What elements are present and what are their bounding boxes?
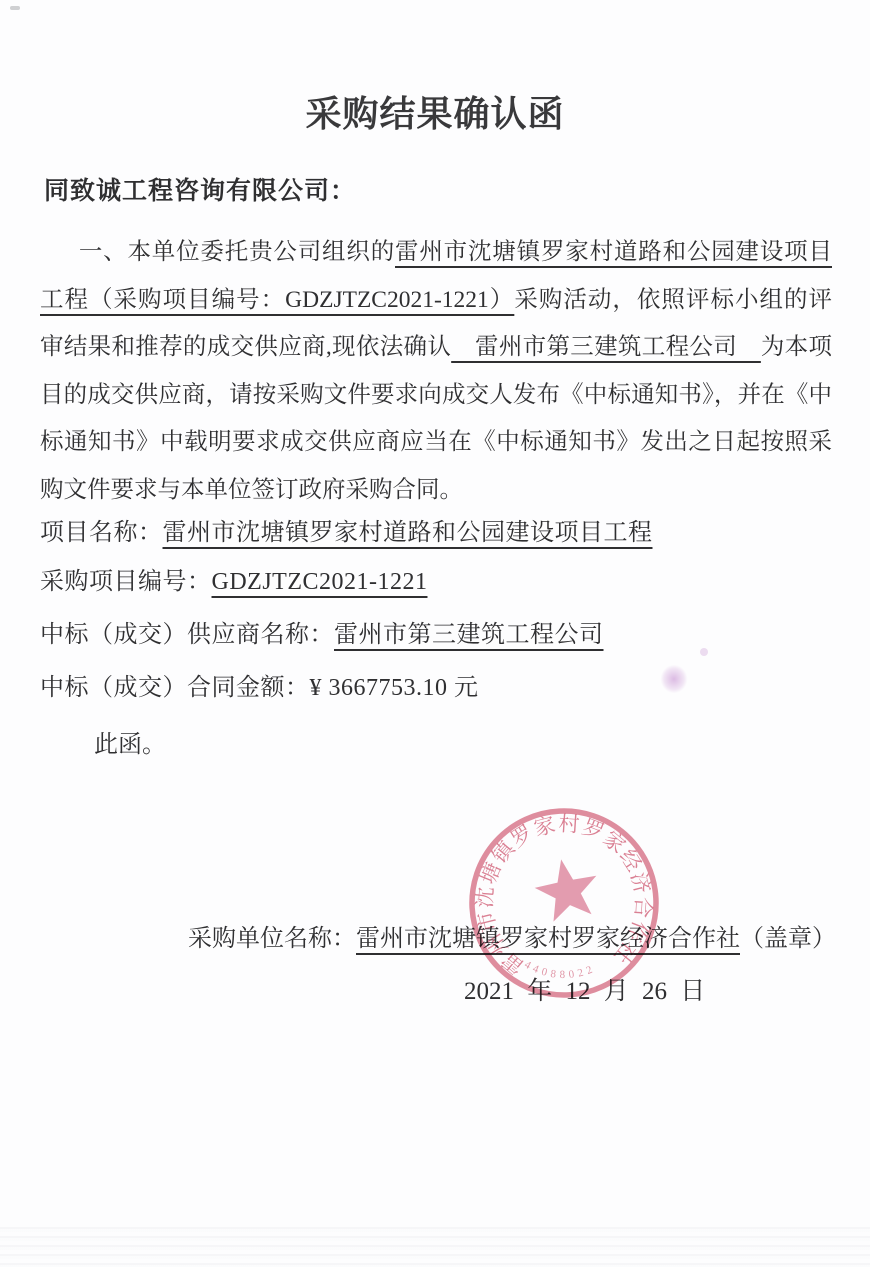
scan-artifact-corner xyxy=(10,6,20,10)
field-label: 项目名称： xyxy=(40,520,163,546)
signature-unit-name: 雷州市沈塘镇罗家村罗家经济合作社 xyxy=(356,926,740,952)
scanned-letter-page: 采购结果确认函 同致诚工程咨询有限公司： 一、本单位委托贵公司组织的雷州市沈塘镇… xyxy=(0,0,870,1267)
field-supplier-name: 中标（成交）供应商名称：雷州市第三建筑工程公司 xyxy=(40,614,604,649)
salutation: 同致诚工程咨询有限公司： xyxy=(44,171,356,207)
page-title: 采购结果确认函 xyxy=(0,86,870,137)
paragraph-line: 一、本单位委托贵公司组织的雷州市沈塘镇罗家村道路和公园建设项目 xyxy=(40,229,832,277)
underlined-supplier-name: 雷州市第三建筑工程公司 xyxy=(451,334,761,360)
paragraph-line: 审结果和推荐的成交供应商,现依法确认 雷州市第三建筑工程公司 为本项 xyxy=(40,324,832,372)
text-run: 采购活动，依照评标小组的评 xyxy=(514,287,832,313)
svg-text:雷州市沈塘镇罗家村罗家经济合作社: 雷州市沈塘镇罗家村罗家经济合作社 xyxy=(468,807,660,981)
field-value: GDZJTZC2021-1221 xyxy=(212,569,428,595)
paragraph-line: 工程（采购项目编号：GDZJTZC2021-1221）采购活动，依照评标小组的评 xyxy=(40,277,832,325)
field-value: 雷州市沈塘镇罗家村道路和公园建设项目工程 xyxy=(163,520,653,546)
paragraph-line: 标通知书》中载明要求成交供应商应当在《中标通知书》发出之日起按照采 xyxy=(40,419,832,467)
underlined-project-code: 工程（采购项目编号：GDZJTZC2021-1221） xyxy=(40,287,514,313)
field-project-name: 项目名称：雷州市沈塘镇罗家村道路和公园建设项目工程 xyxy=(40,512,653,547)
field-project-code: 采购项目编号：GDZJTZC2021-1221 xyxy=(40,561,427,596)
field-label: 中标（成交）供应商名称： xyxy=(40,622,334,648)
paragraph-line: 目的成交供应商，请按采购文件要求向成交人发布《中标通知书》，并在《中 xyxy=(40,372,832,420)
signature-line: 采购单位名称：雷州市沈塘镇罗家村罗家经济合作社（盖章） xyxy=(188,918,836,953)
seal-ring-text: 雷州市沈塘镇罗家村罗家经济合作社 xyxy=(468,807,660,981)
underlined-project-name: 雷州市沈塘镇罗家村道路和公园建设项目 xyxy=(395,239,832,265)
text-run: 为本项 xyxy=(761,334,832,360)
text-run: 一、本单位委托贵公司组织的 xyxy=(78,239,395,265)
field-label: 采购项目编号： xyxy=(40,569,212,595)
paragraph-line: 购文件要求与本单位签订政府采购合同。 xyxy=(40,467,832,515)
scan-artifact-dot xyxy=(700,648,708,656)
field-value: ¥ 3667753.10 元 xyxy=(310,675,479,701)
signature-label: 采购单位名称： xyxy=(188,926,356,952)
date-line: 2021 年 12 月 26 日 xyxy=(464,971,705,1007)
field-label: 中标（成交）合同金额： xyxy=(40,675,310,701)
scan-artifact-smudge xyxy=(656,660,692,698)
field-contract-amount: 中标（成交）合同金额：¥ 3667753.10 元 xyxy=(40,667,479,702)
signature-suffix: （盖章） xyxy=(740,926,836,952)
closing-phrase: 此函。 xyxy=(94,724,166,759)
text-run: 审结果和推荐的成交供应商,现依法确认 xyxy=(40,334,451,360)
seal-star xyxy=(533,858,598,923)
scan-artifact-streaks xyxy=(0,1227,870,1267)
field-value: 雷州市第三建筑工程公司 xyxy=(334,622,604,648)
body-paragraph: 一、本单位委托贵公司组织的雷州市沈塘镇罗家村道路和公园建设项目 工程（采购项目编… xyxy=(40,229,832,514)
